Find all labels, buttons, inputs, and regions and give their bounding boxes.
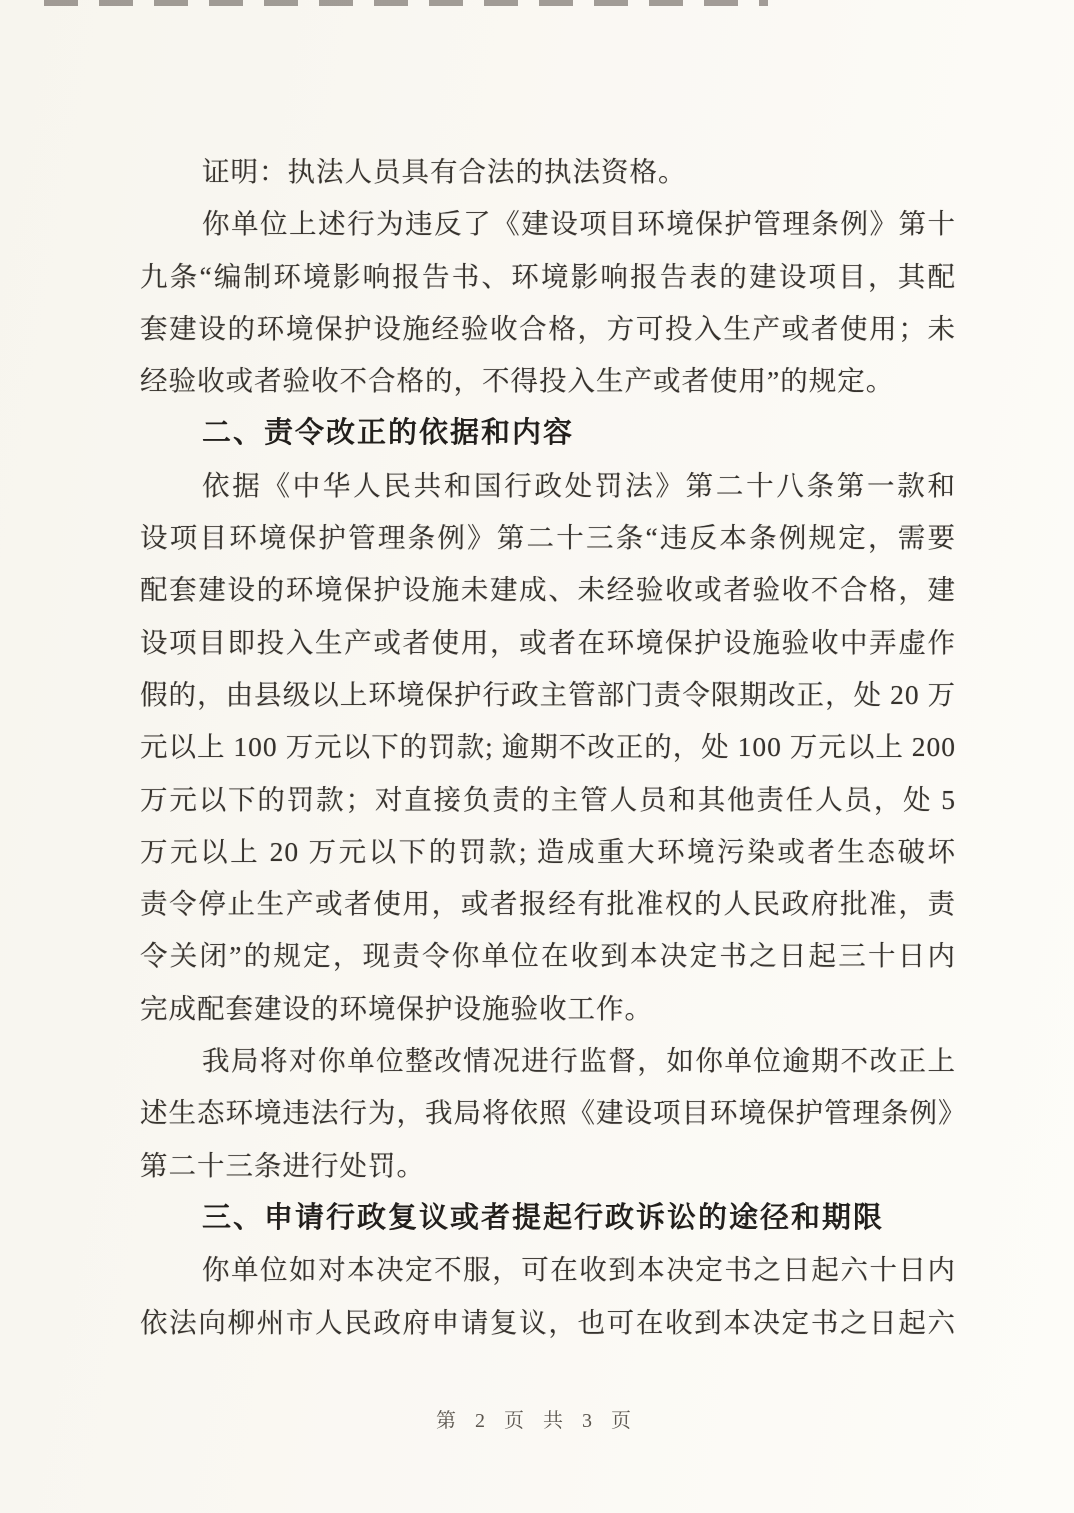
doc-line: 你单位如对本决定不服，可在收到本决定书之日起六十日内 bbox=[140, 1244, 956, 1296]
doc-line: 设项目即投入生产或者使用，或者在环境保护设施验收中弄虚作 bbox=[140, 617, 956, 669]
doc-line: 配套建设的环境保护设施未建成、未经验收或者验收不合格，建 bbox=[140, 564, 956, 616]
page-footer: 第 2 页 共 3 页 bbox=[0, 1404, 1074, 1433]
page-number: 第 2 页 共 3 页 bbox=[436, 1410, 638, 1432]
doc-line: 第二十三条进行处罚。 bbox=[140, 1140, 956, 1192]
doc-line: 令关闭”的规定，现责令你单位在收到本决定书之日起三十日内 bbox=[140, 930, 956, 982]
doc-line: 元以上 100 万元以下的罚款; 逾期不改正的，处 100 万元以上 200 bbox=[140, 721, 956, 773]
document-body: 证明：执法人员具有合法的执法资格。 你单位上述行为违反了《建设项目环境保护管理条… bbox=[140, 146, 956, 1349]
doc-line: 述生态环境违法行为，我局将依照《建设项目环境保护管理条例》 bbox=[140, 1087, 956, 1139]
section-heading: 二、责令改正的依据和内容 bbox=[140, 407, 956, 459]
doc-line: 依据《中华人民共和国行政处罚法》第二十八条第一款和《建 bbox=[140, 460, 956, 512]
doc-line: 经验收或者验收不合格的，不得投入生产或者使用”的规定。 bbox=[140, 355, 956, 407]
doc-line: 我局将对你单位整改情况进行监督，如你单位逾期不改正上 bbox=[140, 1035, 956, 1087]
doc-line: 万元以下的罚款；对直接负责的主管人员和其他责任人员，处 5 bbox=[140, 774, 956, 826]
doc-line: 你单位上述行为违反了《建设项目环境保护管理条例》第十 bbox=[140, 198, 956, 250]
doc-line: 证明：执法人员具有合法的执法资格。 bbox=[140, 146, 956, 198]
section-heading: 三、申请行政复议或者提起行政诉讼的途径和期限 bbox=[140, 1192, 956, 1244]
document-page: 证明：执法人员具有合法的执法资格。 你单位上述行为违反了《建设项目环境保护管理条… bbox=[0, 0, 1074, 1513]
doc-line: 万元以上 20 万元以下的罚款; 造成重大环境污染或者生态破坏的， bbox=[140, 826, 956, 878]
doc-line: 设项目环境保护管理条例》第二十三条“违反本条例规定，需要 bbox=[140, 512, 956, 564]
doc-line: 套建设的环境保护设施经验收合格，方可投入生产或者使用；未 bbox=[140, 303, 956, 355]
doc-line: 九条“编制环境影响报告书、环境影响报告表的建设项目，其配 bbox=[140, 251, 956, 303]
doc-line: 依法向柳州市人民政府申请复议，也可在收到本决定书之日起六 bbox=[140, 1297, 956, 1349]
doc-line: 责令停止生产或者使用，或者报经有批准权的人民政府批准，责 bbox=[140, 878, 956, 930]
doc-line: 完成配套建设的环境保护设施验收工作。 bbox=[140, 983, 956, 1035]
scan-artifact-dashes bbox=[44, 0, 768, 6]
doc-line: 假的，由县级以上环境保护行政主管部门责令限期改正，处 20 万 bbox=[140, 669, 956, 721]
